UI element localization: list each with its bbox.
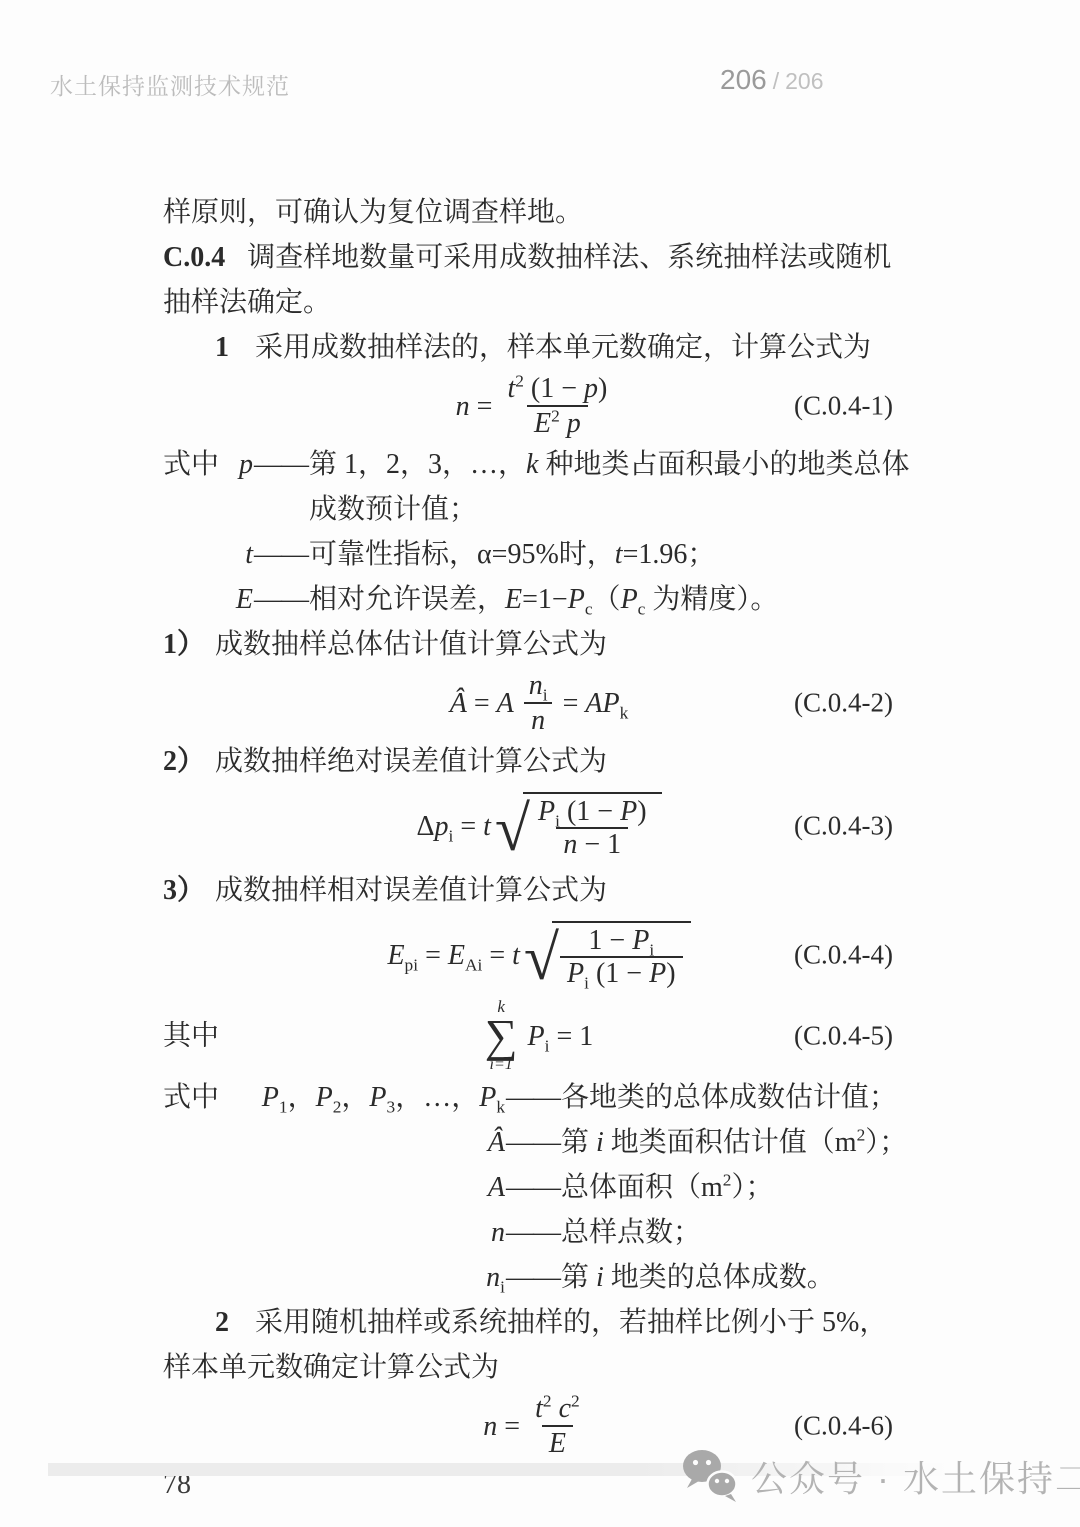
watermark-text: 公众号 · 水土保持二三: [751, 1451, 1080, 1502]
definition-text: 相对允许误差，E=1−Pc（Pc 为精度）。: [309, 577, 915, 622]
clause-c04: C.0.4调查样地数量可采用成数抽样法、系统抽样法或随机抽样法确定。: [163, 235, 915, 325]
formula-c041-expression: n = t2 (1 − p) E2 p: [456, 372, 623, 440]
formula-c046-label: (C.0.4-6): [794, 1404, 893, 1449]
subhead-text: 成数抽样相对误差值计算公式为: [215, 875, 607, 906]
subhead-number: 2）: [163, 746, 205, 777]
subhead-text: 成数抽样绝对误差值计算公式为: [215, 746, 607, 777]
fraction: t2 c2 E: [528, 1392, 587, 1460]
formula-c044-label: (C.0.4-4): [794, 933, 893, 978]
definition-term: Â: [229, 1120, 505, 1165]
formula-c044: Epi = EAi = t √ 1 − Pi Pi (1 − P) (C.0.4…: [163, 913, 915, 997]
formula-c042: Â = A ni n = APk (C.0.4-2): [163, 667, 915, 739]
subhead-2: 2）成数抽样绝对误差值计算公式为: [163, 739, 915, 784]
fraction: ni n: [522, 669, 555, 737]
fraction: Pi (1 − P) n − 1: [531, 796, 654, 860]
item-1-number: 1: [215, 332, 229, 363]
definition-n-i: ni —— 第 i 地类的总体成数。: [163, 1255, 915, 1300]
radical-sign: √: [495, 800, 530, 858]
numerator: t2 (1 − p): [500, 372, 614, 405]
sum-lower-limit: i=1: [490, 1057, 513, 1073]
formula-prefix: 其中: [163, 1014, 219, 1059]
definition-n: n —— 总样点数；: [163, 1210, 915, 1255]
page-indicator: 206/206: [720, 64, 823, 96]
formula-c041-label: (C.0.4-1): [794, 384, 893, 429]
definition-dash: ——: [253, 442, 309, 532]
formula-c043-expression: Δpi = t √ Pi (1 − P) n − 1: [416, 792, 661, 860]
item-2-number: 2: [215, 1307, 229, 1338]
numerator: Pi (1 − P): [531, 796, 654, 827]
definition-term: E: [229, 577, 253, 622]
fraction: 1 − Pi Pi (1 − P): [560, 925, 683, 989]
subhead-text: 成数抽样总体估计值计算公式为: [215, 629, 607, 660]
viewer-header: 水土保持监测技术规范 206/206: [50, 64, 1030, 98]
definition-dash: ——: [505, 1120, 561, 1165]
subhead-1: 1）成数抽样总体估计值计算公式为: [163, 622, 915, 667]
sigma-symbol: ∑: [485, 1015, 518, 1057]
definition-term: A: [229, 1165, 505, 1210]
subhead-number: 1）: [163, 629, 205, 660]
definition-text: 总样点数；: [561, 1210, 915, 1255]
definition-text: 总体面积（m2）；: [561, 1165, 915, 1210]
formula-lhs: n =: [456, 384, 493, 429]
definition-P-series: 式中 P1，P2，P3，…，Pk —— 各地类的总体成数估计值；: [163, 1075, 915, 1120]
item-2: 2采用随机抽样或系统抽样的，若抽样比例小于 5%，样本单元数确定计算公式为: [163, 1300, 915, 1390]
formula-c045: 其中 k ∑ i=1 Pi = 1 (C.0.4-5): [163, 997, 915, 1075]
definition-text: 第 i 地类面积估计值（m2）；: [561, 1120, 915, 1165]
definition-dash: ——: [253, 532, 309, 577]
numerator: ni: [522, 669, 555, 702]
formula-lhs: Δpi = t: [416, 804, 490, 849]
paragraph-continuation: 样原则，可确认为复位调查样地。: [163, 190, 915, 235]
subhead-3: 3）成数抽样相对误差值计算公式为: [163, 868, 915, 913]
definition-dash: ——: [505, 1075, 561, 1120]
definition-t: t —— 可靠性指标，α=95%时，t=1.96；: [163, 532, 915, 577]
definition-dash: ——: [505, 1255, 561, 1300]
definition-term: ni: [229, 1255, 505, 1300]
definition-text: 可靠性指标，α=95%时，t=1.96；: [309, 532, 915, 577]
document-page: 水土保持监测技术规范 206/206 样原则，可确认为复位调查样地。 C.0.4…: [0, 0, 1080, 1527]
clause-number: C.0.4: [163, 242, 225, 273]
definition-A-hat: Â —— 第 i 地类面积估计值（m2）；: [163, 1120, 915, 1165]
definition-term: P1，P2，P3，…，Pk: [229, 1075, 505, 1120]
definition-dash: ——: [253, 577, 309, 622]
denominator: n: [524, 702, 552, 737]
definition-prefix: 式中: [163, 442, 229, 532]
definition-E: E —— 相对允许误差，E=1−Pc（Pc 为精度）。: [163, 577, 915, 622]
denominator: Pi (1 − P): [560, 956, 683, 989]
definition-text: 第 i 地类的总体成数。: [561, 1255, 915, 1300]
denominator: E: [542, 1425, 573, 1460]
fraction: t2 (1 − p) E2 p: [500, 372, 614, 440]
numerator: 1 − Pi: [581, 925, 661, 956]
definition-prefix: 式中: [163, 1075, 229, 1120]
formula-c045-expression: k ∑ i=1 Pi = 1: [485, 999, 594, 1073]
clause-text: 调查样地数量可采用成数抽样法、系统抽样法或随机抽样法确定。: [163, 242, 891, 318]
formula-c045-label: (C.0.4-5): [794, 1014, 893, 1059]
denominator: E2 p: [527, 405, 588, 440]
page-separator: /: [767, 68, 785, 94]
definition-A: A —— 总体面积（m2）；: [163, 1165, 915, 1210]
denominator: n − 1: [556, 827, 628, 860]
formula-lhs: Epi = EAi = t: [387, 933, 519, 978]
wechat-icon: [681, 1448, 741, 1504]
formula-c046-expression: n = t2 c2 E: [483, 1392, 594, 1460]
formula-c043: Δpi = t √ Pi (1 − P) n − 1 (C.0.4-3): [163, 784, 915, 868]
formula-c043-label: (C.0.4-3): [794, 804, 893, 849]
numerator: t2 c2: [528, 1392, 587, 1425]
formula-lhs: n =: [483, 1404, 520, 1449]
formula-rhs: = APk: [563, 681, 629, 726]
document-title: 水土保持监测技术规范: [50, 68, 290, 101]
document-content: 样原则，可确认为复位调查样地。 C.0.4调查样地数量可采用成数抽样法、系统抽样…: [163, 190, 915, 1507]
square-root: √ 1 − Pi Pi (1 − P): [524, 921, 691, 989]
formula-c041: n = t2 (1 − p) E2 p (C.0.4-1): [163, 370, 915, 442]
page-current: 206: [720, 64, 767, 95]
definition-text: 各地类的总体成数估计值；: [561, 1075, 915, 1120]
formula-rhs: Pi = 1: [528, 1014, 594, 1059]
square-root: √ Pi (1 − P) n − 1: [495, 792, 662, 860]
definition-p: 式中 p —— 第 1，2，3，…，k 种地类占面积最小的地类总体成数预计值；: [163, 442, 915, 532]
item-1-text: 采用成数抽样法的，样本单元数确定，计算公式为: [255, 332, 871, 363]
summation: k ∑ i=1: [485, 999, 518, 1073]
page-total: 206: [785, 68, 823, 94]
watermark: 公众号 · 水土保持二三: [681, 1448, 1080, 1504]
radical-sign: √: [524, 929, 559, 987]
definition-term: n: [229, 1210, 505, 1255]
formula-c042-expression: Â = A ni n = APk: [450, 669, 629, 737]
formula-c044-expression: Epi = EAi = t √ 1 − Pi Pi (1 − P): [387, 921, 690, 989]
definition-text: 第 1，2，3，…，k 种地类占面积最小的地类总体成数预计值；: [309, 442, 915, 532]
subhead-number: 3）: [163, 875, 205, 906]
definition-term: t: [229, 532, 253, 577]
item-2-text: 采用随机抽样或系统抽样的，若抽样比例小于 5%，样本单元数确定计算公式为: [163, 1307, 887, 1383]
definition-dash: ——: [505, 1210, 561, 1255]
definition-term: p: [229, 442, 253, 532]
formula-lhs: Â = A: [450, 681, 514, 726]
definition-dash: ——: [505, 1165, 561, 1210]
formula-c042-label: (C.0.4-2): [794, 681, 893, 726]
item-1: 1采用成数抽样法的，样本单元数确定，计算公式为: [163, 325, 915, 370]
